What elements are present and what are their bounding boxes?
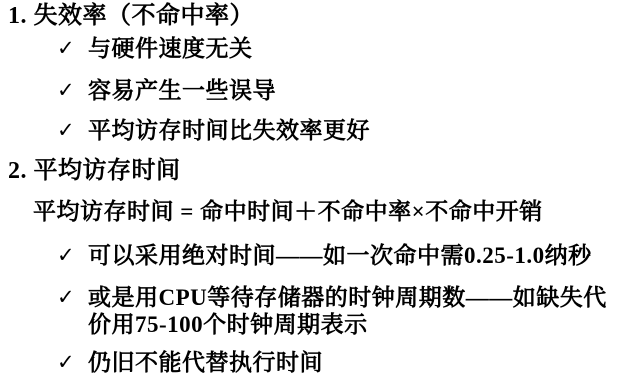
list-item: ✓ 容易产生一些误导 [57, 77, 276, 104]
list-item: ✓ 平均访存时间比失效率更好 [57, 117, 370, 144]
section-2-heading: 2. 平均访存时间 [8, 157, 181, 185]
checkmark-icon: ✓ [57, 349, 88, 376]
list-item-text: 平均访存时间比失效率更好 [88, 117, 370, 144]
checkmark-icon: ✓ [57, 117, 88, 144]
average-access-time-formula: 平均访存时间 = 命中时间＋不命中率×不命中开销 [33, 198, 543, 225]
checkmark-icon: ✓ [57, 242, 88, 269]
list-item-text: 容易产生一些误导 [88, 77, 276, 104]
list-item-text: 或是用CPU等待存储器的时钟周期数——如缺失代价用75-100个时钟周期表示 [88, 284, 609, 338]
list-item-text: 与硬件速度无关 [88, 35, 253, 62]
section-1-heading: 1. 失效率（不命中率） [8, 2, 254, 30]
checkmark-icon: ✓ [57, 77, 88, 104]
list-item-text: 可以采用绝对时间——如一次命中需0.25-1.0纳秒 [88, 242, 592, 269]
checkmark-icon: ✓ [57, 284, 88, 311]
slide-content: 1. 失效率（不命中率） ✓ 与硬件速度无关 ✓ 容易产生一些误导 ✓ 平均访存… [0, 0, 628, 389]
list-item: ✓ 可以采用绝对时间——如一次命中需0.25-1.0纳秒 [57, 242, 592, 269]
list-item: ✓ 与硬件速度无关 [57, 35, 253, 62]
list-item-text: 仍旧不能代替执行时间 [88, 349, 323, 376]
list-item: ✓ 仍旧不能代替执行时间 [57, 349, 323, 376]
checkmark-icon: ✓ [57, 35, 88, 62]
list-item: ✓ 或是用CPU等待存储器的时钟周期数——如缺失代价用75-100个时钟周期表示 [57, 284, 609, 338]
